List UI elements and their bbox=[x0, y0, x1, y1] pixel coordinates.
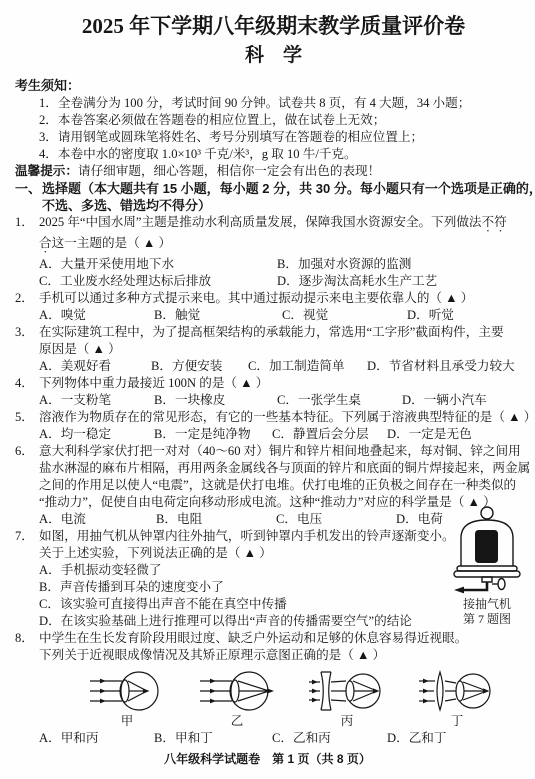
section-heading-line-1: 一、选择题（本大题共有 15 小题，每小题 2 分，共 30 分。每小题只有一个… bbox=[15, 180, 532, 197]
option-a: A．大量开采使用地下水 bbox=[39, 256, 277, 273]
diagram-label: 丁 bbox=[415, 714, 499, 729]
option-c: C．乙和丙 bbox=[272, 730, 387, 747]
notice-block: 考生须知： 1．全卷满分为 100 分，考试时间 90 分钟。试卷共 8 页，有… bbox=[15, 77, 532, 180]
question-3-stem-line-2: 原因是（ ▲ ） bbox=[15, 341, 532, 358]
concave-lens-corrected-eye-illustration bbox=[307, 668, 387, 714]
question-7-number: 7． bbox=[15, 528, 39, 545]
convex-lens-corrected-eye-illustration bbox=[417, 668, 497, 714]
question-8-diagrams-row: 甲 乙 bbox=[15, 668, 532, 729]
eye-lens bbox=[346, 681, 354, 701]
option-c: C．电压 bbox=[276, 511, 396, 528]
notice-tip-label: 温馨提示： bbox=[15, 164, 78, 178]
option-b: B．触觉 bbox=[154, 307, 282, 324]
option-b: B．加强对水资源的监测 bbox=[277, 256, 532, 273]
question-1-stem-line-1: 1．2025 年“中国水周”主题是推动水利高质量发展，保障我国水资源安全。下列做… bbox=[15, 214, 532, 235]
question-1-number: 1． bbox=[15, 214, 39, 231]
question-4: 4．下列物体中重力最接近 100N 的是（ ▲ ） A．一支粉笔 B．一块橡皮 … bbox=[15, 375, 532, 409]
notice-item: 1．全卷满分为 100 分，考试时间 90 分钟。试卷共 8 页，有 4 大题，… bbox=[15, 95, 532, 112]
option-a: A．美观好看 bbox=[39, 358, 151, 375]
question-8-stem-line-2: 下列关于近视眼成像情况及其矫正原理示意图正确的是（ ▲ ） bbox=[15, 647, 532, 664]
question-6-stem-line-3: 之间的作用足以使人“电震”，这就是伏打电堆。伏打电堆的正负极之间存在一种类似的 bbox=[15, 477, 532, 494]
question-3-stem-text: 在实际建筑工程中，为了提高框架结构的承载能力，常选用“工字形”截面构件，主要 bbox=[39, 325, 504, 339]
question-3-options: A．美观好看 B．方便安装 C．加工制造简单 D．节省材料且承受力较大 bbox=[15, 358, 532, 375]
option-c: C．静置后会分层 bbox=[272, 426, 387, 443]
option-b: B．甲和丁 bbox=[154, 730, 272, 747]
option-d: D．一定是无色 bbox=[387, 426, 532, 443]
question-2-stem-text: 手机可以通过多种方式提示来电。其中通过振动提示来电主要依靠人的（ ▲ ） bbox=[39, 291, 473, 305]
subject-title: 科 学 bbox=[15, 42, 532, 69]
question-5-stem-text: 溶液作为物质存在的常见形态，有它的一些基本特征。下列属于溶液典型特征的是（ ▲ … bbox=[39, 410, 535, 424]
figure-caption: 第 7 题图 bbox=[443, 612, 531, 627]
question-5: 5．溶液作为物质存在的常见形态，有它的一些基本特征。下列属于溶液典型特征的是（ … bbox=[15, 409, 532, 443]
question-1-options-row-1: A．大量开采使用地下水 B．加强对水资源的监测 bbox=[15, 256, 532, 273]
eye-lens bbox=[456, 681, 464, 701]
question-5-stem: 5．溶液作为物质存在的常见形态，有它的一些基本特征。下列属于溶液典型特征的是（ … bbox=[15, 409, 532, 426]
question-5-number: 5． bbox=[15, 409, 39, 426]
option-b: B．电阻 bbox=[156, 511, 276, 528]
option-c: C．工业废水经处理达标后排放 bbox=[39, 273, 277, 290]
diagram-label: 甲 bbox=[85, 714, 169, 729]
question-1-emphasized-text: 合 bbox=[39, 236, 52, 250]
question-1-stem-text: 2025 年“中国水周”主题是推动水利高质量发展，保障我国水资源安全。下列做法 bbox=[39, 215, 482, 229]
option-a: A．一支粉笔 bbox=[39, 392, 154, 409]
diagram-label: 丙 bbox=[305, 714, 389, 729]
figure-pump-label: 接抽气机 bbox=[443, 597, 531, 612]
question-1-stem-line-2: 合这一主题的是（ ▲ ） bbox=[15, 235, 532, 256]
base-plate-top bbox=[457, 566, 517, 571]
page-footer: 八年级科学试题卷 第 1 页（共 8 页） bbox=[0, 751, 535, 768]
option-a: A．均一稳定 bbox=[39, 426, 154, 443]
diagram-ding-convex-lens-correction: 丁 bbox=[415, 668, 499, 729]
question-2-number: 2． bbox=[15, 290, 39, 307]
question-2-options: A．嗅觉 B．触觉 C．视觉 D．听觉 bbox=[15, 307, 532, 324]
option-d: D．一辆小汽车 bbox=[402, 392, 532, 409]
bell-jar-knob bbox=[481, 507, 493, 519]
question-6-stem-line-1: 6．意大利科学家伏打把一对对（40～60 对）铜片和锌片相间地叠起来，每对铜、锌… bbox=[15, 443, 532, 460]
concave-corrective-lens bbox=[321, 672, 331, 710]
question-6-number: 6． bbox=[15, 443, 39, 460]
option-c: C．一张学生桌 bbox=[277, 392, 402, 409]
vacuum-pipe bbox=[463, 582, 487, 590]
question-8-stem-line-1: 8．中学生在生长发育阶段用眼过度、缺乏户外运动和足够的休息容易得近视眼。 bbox=[15, 630, 532, 647]
question-1: 1．2025 年“中国水周”主题是推动水利高质量发展，保障我国水资源安全。下列做… bbox=[15, 214, 532, 290]
question-4-number: 4． bbox=[15, 375, 39, 392]
question-3-number: 3． bbox=[15, 324, 39, 341]
question-1-emphasized-text: 不符 bbox=[482, 215, 507, 229]
question-2-stem: 2．手机可以通过多种方式提示来电。其中通过振动提示来电主要依靠人的（ ▲ ） bbox=[15, 290, 532, 307]
valve-fitting bbox=[482, 577, 492, 582]
question-4-stem-text: 下列物体中重力最接近 100N 的是（ ▲ ） bbox=[39, 376, 268, 390]
phone-inside-jar bbox=[475, 530, 498, 563]
option-d: D．听觉 bbox=[407, 307, 532, 324]
notice-tip: 温馨提示：请仔细审题，细心答题，相信你一定会有出色的表现！ bbox=[15, 163, 532, 180]
convex-corrective-lens bbox=[437, 672, 443, 710]
question-8-options: A．甲和丙 B．甲和丁 C．乙和丙 D．乙和丁 bbox=[15, 730, 532, 747]
section-heading-text: 选择题（本大题共有 15 小题，每小题 2 分，共 30 分。每小题只有一个选项… bbox=[42, 181, 535, 196]
question-8: 8．中学生在生长发育阶段用眼过度、缺乏户外运动和足够的休息容易得近视眼。 下列关… bbox=[15, 630, 532, 747]
diagram-bing-concave-lens-correction: 丙 bbox=[305, 668, 389, 729]
exam-paper-page: 2025 年下学期八年级期末教学质量评价卷 科 学 考生须知： 1．全卷满分为 … bbox=[0, 0, 535, 779]
option-b: B．方便安装 bbox=[151, 358, 248, 375]
question-5-options: A．均一稳定 B．一定是纯净物 C．静置后会分层 D．一定是无色 bbox=[15, 426, 532, 443]
question-4-stem: 4．下列物体中重力最接近 100N 的是（ ▲ ） bbox=[15, 375, 532, 392]
question-6-stem-line-2: 盐水淋湿的麻布片相隔，再用两条金属线各与顶面的锌片和底面的铜片焊接起来，两金属 bbox=[15, 460, 532, 477]
section-number: 一、 bbox=[15, 180, 42, 197]
bell-jar-vacuum-pump-experiment-illustration bbox=[448, 505, 526, 597]
pipe-arrowhead bbox=[454, 587, 464, 594]
valve-wheel bbox=[498, 579, 505, 590]
notice-heading: 考生须知： bbox=[15, 77, 532, 95]
question-8-stem-text: 中学生在生长发育阶段用眼过度、缺乏户外运动和足够的休息容易得近视眼。 bbox=[39, 631, 467, 645]
question-1-options-row-2: C．工业废水经处理达标后排放 D．逐步淘汰高耗水生产工艺 bbox=[15, 273, 532, 290]
section-heading-line-2: 不选、多选、错选均不得分） bbox=[15, 197, 532, 214]
question-4-options: A．一支粉笔 B．一块橡皮 C．一张学生桌 D．一辆小汽车 bbox=[15, 392, 532, 409]
notice-item: 3．请用钢笔或圆珠笔将姓名、考号分别填写在答题卷的相应位置上； bbox=[15, 129, 532, 146]
option-b: B．一块橡皮 bbox=[154, 392, 277, 409]
option-d: D．逐步淘汰高耗水生产工艺 bbox=[277, 273, 532, 290]
eye-lens bbox=[121, 680, 129, 702]
question-1-stem-text: 这一主题的是（ ▲ ） bbox=[52, 236, 172, 250]
notice-item: 2．本卷答案必须做在答题卷的相应位置上，做在试卷上无效； bbox=[15, 112, 532, 129]
option-a: A．电流 bbox=[39, 511, 156, 528]
option-d: D．节省材料且承受力较大 bbox=[367, 358, 532, 375]
option-b: B．一定是纯净物 bbox=[154, 426, 272, 443]
diagram-label: 乙 bbox=[195, 714, 279, 729]
page-content: 2025 年下学期八年级期末教学质量评价卷 科 学 考生须知： 1．全卷满分为 … bbox=[0, 0, 535, 747]
question-7-stem-text: 如图，用抽气机从钟罩内往外抽气，听到钟罩内手机发出的铃声逐渐变小。 bbox=[39, 529, 455, 543]
option-d: D．乙和丁 bbox=[387, 730, 532, 747]
option-a: A．嗅觉 bbox=[39, 307, 154, 324]
option-c: C．视觉 bbox=[282, 307, 407, 324]
question-7-figure: 接抽气机 第 7 题图 bbox=[443, 505, 531, 627]
question-6-stem-text: 意大利科学家伏打把一对对（40～60 对）铜片和锌片相间地叠起来，每对铜、锌之间… bbox=[39, 444, 521, 458]
question-3: 3．在实际建筑工程中，为了提高框架结构的承载能力，常选用“工字形”截面构件，主要… bbox=[15, 324, 532, 375]
diagram-yi-hyperopia-eye: 乙 bbox=[195, 668, 279, 729]
hyperopia-eye-focus-behind-retina-illustration bbox=[197, 668, 277, 714]
page-title: 2025 年下学期八年级期末教学质量评价卷 bbox=[15, 12, 532, 40]
question-2: 2．手机可以通过多种方式提示来电。其中通过振动提示来电主要依靠人的（ ▲ ） A… bbox=[15, 290, 532, 324]
question-3-stem-line-1: 3．在实际建筑工程中，为了提高框架结构的承载能力，常选用“工字形”截面构件，主要 bbox=[15, 324, 532, 341]
option-c: C．加工制造简单 bbox=[248, 358, 367, 375]
notice-tip-text: 请仔细审题，细心答题，相信你一定会有出色的表现！ bbox=[78, 164, 380, 178]
diagram-jia-myopia-eye: 甲 bbox=[85, 668, 169, 729]
option-a: A．甲和丙 bbox=[39, 730, 154, 747]
notice-item: 4．本卷中水的密度取 1.0×10³ 千克/米³，g 取 10 牛/千克。 bbox=[15, 146, 532, 163]
question-8-number: 8． bbox=[15, 630, 39, 647]
section-heading: 一、选择题（本大题共有 15 小题，每小题 2 分，共 30 分。每小题只有一个… bbox=[15, 180, 532, 214]
base-plate-bottom bbox=[454, 571, 520, 577]
eye-lens bbox=[231, 680, 239, 702]
myopia-eye-focus-before-retina-illustration bbox=[87, 668, 167, 714]
